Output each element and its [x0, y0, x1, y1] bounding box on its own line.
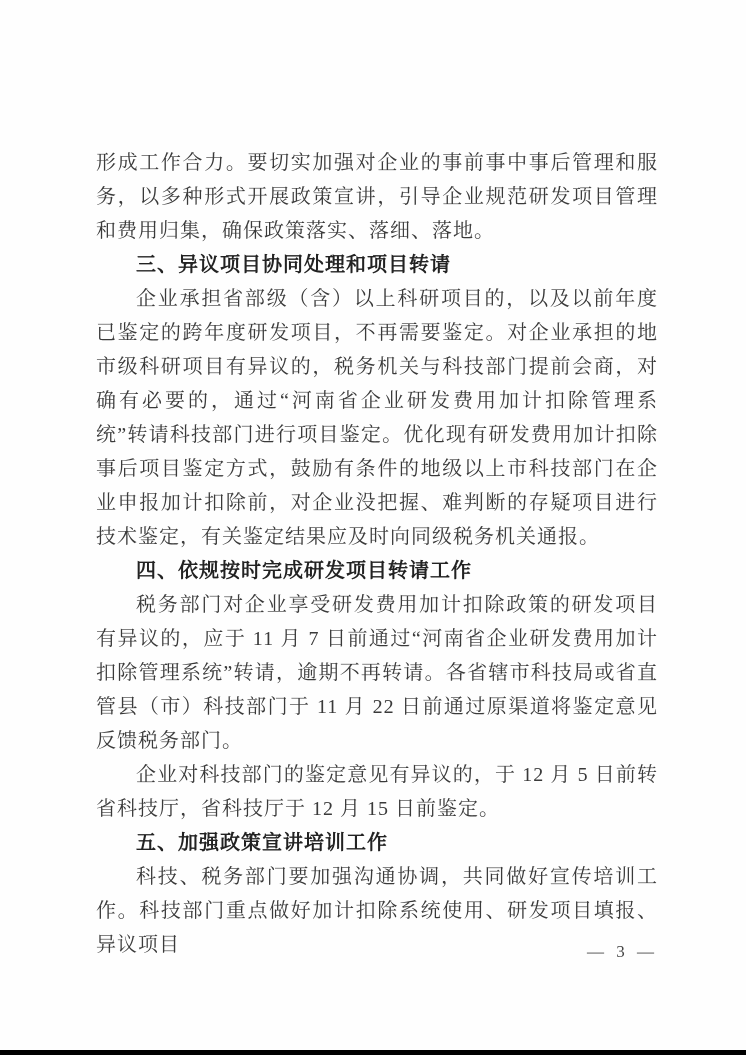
paragraph: 税务部门对企业享受研发费用加计扣除政策的研发项目有异议的，应于 11 月 7 日…: [96, 588, 658, 758]
paragraph: 企业对科技部门的鉴定意见有异议的，于 12 月 5 日前转省科技厅，省科技厅于 …: [96, 758, 658, 826]
paragraph: 企业承担省部级（含）以上科研项目的，以及以前年度已鉴定的跨年度研发项目，不再需要…: [96, 282, 658, 554]
section-heading-4: 四、依规按时完成研发项目转请工作: [96, 554, 658, 588]
section-heading-3: 三、异议项目协同处理和项目转请: [96, 248, 658, 282]
section-heading-5: 五、加强政策宣讲培训工作: [96, 826, 658, 860]
document-body: 形成工作合力。要切实加强对企业的事前事中事后管理和服务，以多种形式开展政策宣讲，…: [96, 146, 658, 962]
scan-edge-artifact: [0, 1050, 746, 1055]
document-page: 形成工作合力。要切实加强对企业的事前事中事后管理和服务，以多种形式开展政策宣讲，…: [0, 0, 746, 1055]
page-number: — 3 —: [0, 942, 658, 962]
paragraph-continuation: 形成工作合力。要切实加强对企业的事前事中事后管理和服务，以多种形式开展政策宣讲，…: [96, 146, 658, 248]
